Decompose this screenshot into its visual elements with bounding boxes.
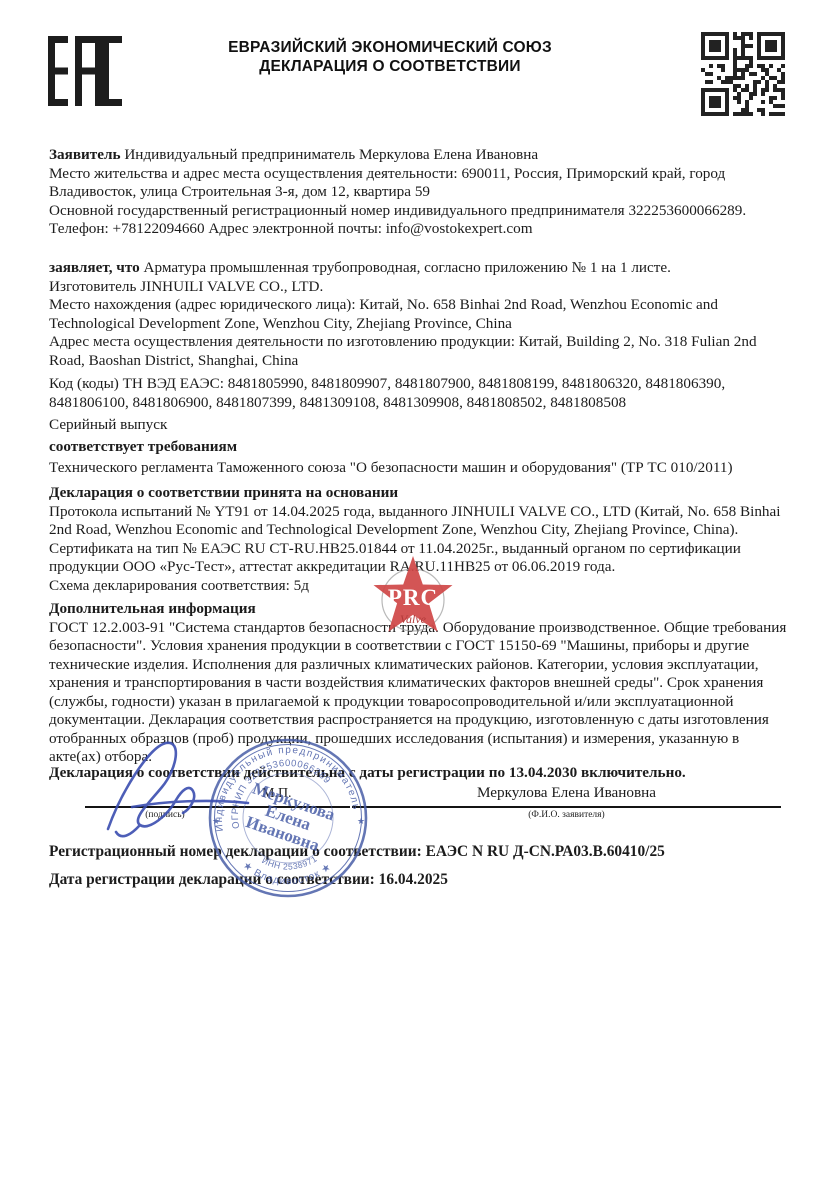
title-line-1: ЕВРАЗИЙСКИЙ ЭКОНОМИЧЕСКИЙ СОЮЗ [150, 38, 630, 57]
additional-label: Дополнительная информация [49, 600, 789, 619]
stamp-place-label: М.П. [262, 786, 292, 802]
technical-regulation: Технического регламента Таможенного союз… [49, 459, 789, 478]
applicant-block: Заявитель Индивидуальный предприниматель… [49, 146, 789, 239]
registration-date: 16.04.2025 [379, 871, 448, 888]
codes-block: Код (коды) ТН ВЭД ЕАЭС: 8481805990, 8481… [49, 375, 789, 478]
registration-number: ЕАЭС N RU Д-CN.РА03.В.60410/25 [426, 843, 665, 860]
basis-label: Декларация о соответствии принята на осн… [49, 484, 789, 503]
applicant-label: Заявитель [49, 146, 121, 163]
document-title: ЕВРАЗИЙСКИЙ ЭКОНОМИЧЕСКИЙ СОЮЗ ДЕКЛАРАЦИ… [150, 38, 630, 76]
product-block: заявляет, что Арматура промышленная труб… [49, 259, 789, 370]
declares-label: заявляет, что [49, 259, 140, 276]
fio-line [352, 806, 781, 808]
manufacturer-address: Место нахождения (адрес юридического лиц… [49, 296, 789, 333]
registration-number-line: Регистрационный номер декларации о соотв… [49, 843, 789, 862]
registration-date-label: Дата регистрации декларации о соответств… [49, 871, 375, 888]
applicant-contacts: Телефон: +78122094660 Адрес электронной … [49, 220, 789, 239]
signature-caption: (подпись) [85, 810, 245, 820]
production-address: Адрес места осуществления деятельности п… [49, 333, 789, 370]
declaration-scheme: Схема декларирования соответствия: 5д [49, 577, 789, 596]
manufacturer: Изготовитель JINHUILI VALVE CO., LTD. [49, 278, 789, 297]
basis-text: Протокола испытаний № YT91 от 14.04.2025… [49, 503, 789, 577]
product-description: Арматура промышленная трубопроводная, со… [144, 259, 671, 276]
applicant-ogrnip: Основной государственный регистрационный… [49, 202, 789, 221]
eac-logo [48, 36, 122, 106]
declaration-document: ЕВРАЗИЙСКИЙ ЭКОНОМИЧЕСКИЙ СОЮЗ ДЕКЛАРАЦИ… [0, 0, 831, 1200]
applicant-fio: Меркулова Елена Ивановна [352, 784, 781, 802]
signature-line [85, 806, 350, 808]
validity-statement: Декларация о соответствии действительна … [49, 764, 789, 783]
applicant-address: Место жительства и адрес места осуществл… [49, 165, 789, 202]
additional-info-block: Дополнительная информация ГОСТ 12.2.003-… [49, 600, 789, 767]
title-line-2: ДЕКЛАРАЦИЯ О СООТВЕТСТВИИ [150, 57, 630, 76]
tnved-codes: Код (коды) ТН ВЭД ЕАЭС: 8481805990, 8481… [49, 375, 789, 412]
additional-text: ГОСТ 12.2.003-91 "Система стандартов без… [49, 619, 789, 767]
fio-caption: (Ф.И.О. заявителя) [352, 810, 781, 820]
basis-block: Декларация о соответствии принята на осн… [49, 484, 789, 595]
applicant-name: Индивидуальный предприниматель Меркулова… [124, 146, 538, 163]
complies-label: соответствует требованиям [49, 438, 789, 457]
qr-code-icon [701, 32, 785, 116]
registration-number-label: Регистрационный номер декларации о соотв… [49, 843, 422, 860]
registration-date-line: Дата регистрации декларации о соответств… [49, 871, 789, 890]
serial-issue: Серийный выпуск [49, 416, 789, 435]
